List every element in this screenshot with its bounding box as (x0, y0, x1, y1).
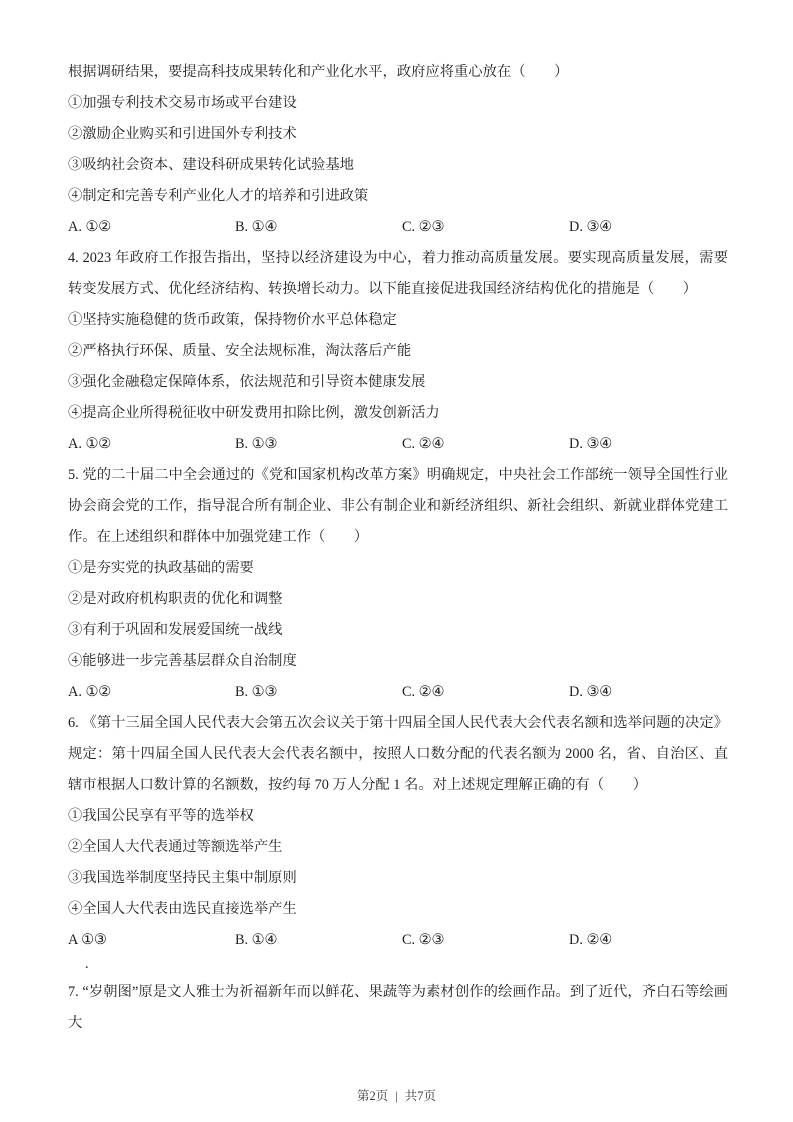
question-3-option-1: ①加强专利技术交易市场或平台建设 (68, 88, 728, 119)
question-6-answer-a: A ①③ (68, 925, 235, 956)
question-5-answers-row: A. ①② B. ①③ C. ②④ D. ③④ (68, 677, 728, 708)
footer-page-number: 第2页 (357, 1089, 388, 1103)
question-6: 6. 《第十三届全国人民代表大会第五次会议关于第十四届全国人民代表大会代表名额和… (68, 708, 728, 972)
footer-page-total: 共7页 (405, 1089, 436, 1103)
question-5-answer-d: D. ③④ (569, 677, 612, 708)
question-6-option-1: ①我国公民享有平等的选举权 (68, 801, 728, 832)
page-content: 根据调研结果，要提高科技成果转化和产业化水平，政府应将重心放在（ ） ①加强专利… (68, 57, 728, 1039)
question-3-answers-row: A. ①② B. ①④ C. ②③ D. ③④ (68, 212, 728, 243)
question-4-answer-b: B. ①③ (235, 429, 402, 460)
question-6-answer-d: D. ②④ (569, 925, 612, 956)
question-3-answer-c: C. ②③ (402, 212, 569, 243)
question-5-answer-a: A. ①② (68, 677, 235, 708)
question-6-stem: 6. 《第十三届全国人民代表大会第五次会议关于第十四届全国人民代表大会代表名额和… (68, 708, 728, 801)
question-4-option-2: ②严格执行环保、质量、安全法规标准，淘汰落后产能 (68, 336, 728, 367)
question-4-option-3: ③强化金融稳定保障体系，依法规范和引导资本健康发展 (68, 367, 728, 398)
question-4-option-4: ④提高企业所得税征收中研发费用扣除比例，激发创新活力 (68, 398, 728, 429)
question-4: 4. 2023 年政府工作报告指出，坚持以经济建设为中心，着力推动高质量发展。要… (68, 243, 728, 460)
question-3-stem: 根据调研结果，要提高科技成果转化和产业化水平，政府应将重心放在（ ） (68, 57, 728, 88)
question-3-answer-b: B. ①④ (235, 212, 402, 243)
question-3-option-4: ④制定和完善专利产业化人才的培养和引进政策 (68, 181, 728, 212)
question-6-option-2: ②全国人大代表通过等额选举产生 (68, 832, 728, 863)
footer-separator: | (395, 1089, 398, 1103)
question-4-answer-a: A. ①② (68, 429, 235, 460)
question-6-answer-b: B. ①④ (235, 925, 402, 956)
question-5-answer-c: C. ②④ (402, 677, 569, 708)
question-5-option-2: ②是对政府机构职责的优化和调整 (68, 584, 728, 615)
question-4-option-1: ①坚持实施稳健的货币政策，保持物价水平总体稳定 (68, 305, 728, 336)
question-6-option-4: ④全国人大代表由选民直接选举产生 (68, 894, 728, 925)
question-3-option-2: ②激励企业购买和引进国外专利技术 (68, 119, 728, 150)
question-6-answers-row: A ①③ B. ①④ C. ②③ D. ②④ (68, 925, 728, 956)
question-5-option-4: ④能够进一步完善基层群众自治制度 (68, 646, 728, 677)
exam-page: 根据调研结果，要提高科技成果转化和产业化水平，政府应将重心放在（ ） ①加强专利… (0, 0, 793, 1122)
page-footer: 第2页|共7页 (0, 1086, 793, 1104)
question-5-answer-b: B. ①③ (235, 677, 402, 708)
question-4-answer-d: D. ③④ (569, 429, 612, 460)
question-6-answer-c: C. ②③ (402, 925, 569, 956)
question-5-option-3: ③有利于巩固和发展爱国统一战线 (68, 615, 728, 646)
question-6-option-3: ③我国选举制度坚持民主集中制原则 (68, 863, 728, 894)
question-3: 根据调研结果，要提高科技成果转化和产业化水平，政府应将重心放在（ ） ①加强专利… (68, 57, 728, 243)
question-4-answers-row: A. ①② B. ①③ C. ②④ D. ③④ (68, 429, 728, 460)
question-7-stem: 7. “岁朝图”原是文人雅士为祈福新年而以鲜花、果蔬等为素材创作的绘画作品。到了… (68, 977, 728, 1039)
question-3-answer-d: D. ③④ (569, 212, 612, 243)
question-3-option-3: ③吸纳社会资本、建设科研成果转化试验基地 (68, 150, 728, 181)
question-7: 7. “岁朝图”原是文人雅士为祈福新年而以鲜花、果蔬等为素材创作的绘画作品。到了… (68, 977, 728, 1039)
question-4-stem: 4. 2023 年政府工作报告指出，坚持以经济建设为中心，着力推动高质量发展。要… (68, 243, 728, 305)
stray-period-mark: . (68, 956, 728, 972)
question-5-option-1: ①是夯实党的执政基础的需要 (68, 553, 728, 584)
question-4-answer-c: C. ②④ (402, 429, 569, 460)
question-5-stem: 5. 党的二十届二中全会通过的《党和国家机构改革方案》明确规定，中央社会工作部统… (68, 460, 728, 553)
question-3-answer-a: A. ①② (68, 212, 235, 243)
question-5: 5. 党的二十届二中全会通过的《党和国家机构改革方案》明确规定，中央社会工作部统… (68, 460, 728, 708)
